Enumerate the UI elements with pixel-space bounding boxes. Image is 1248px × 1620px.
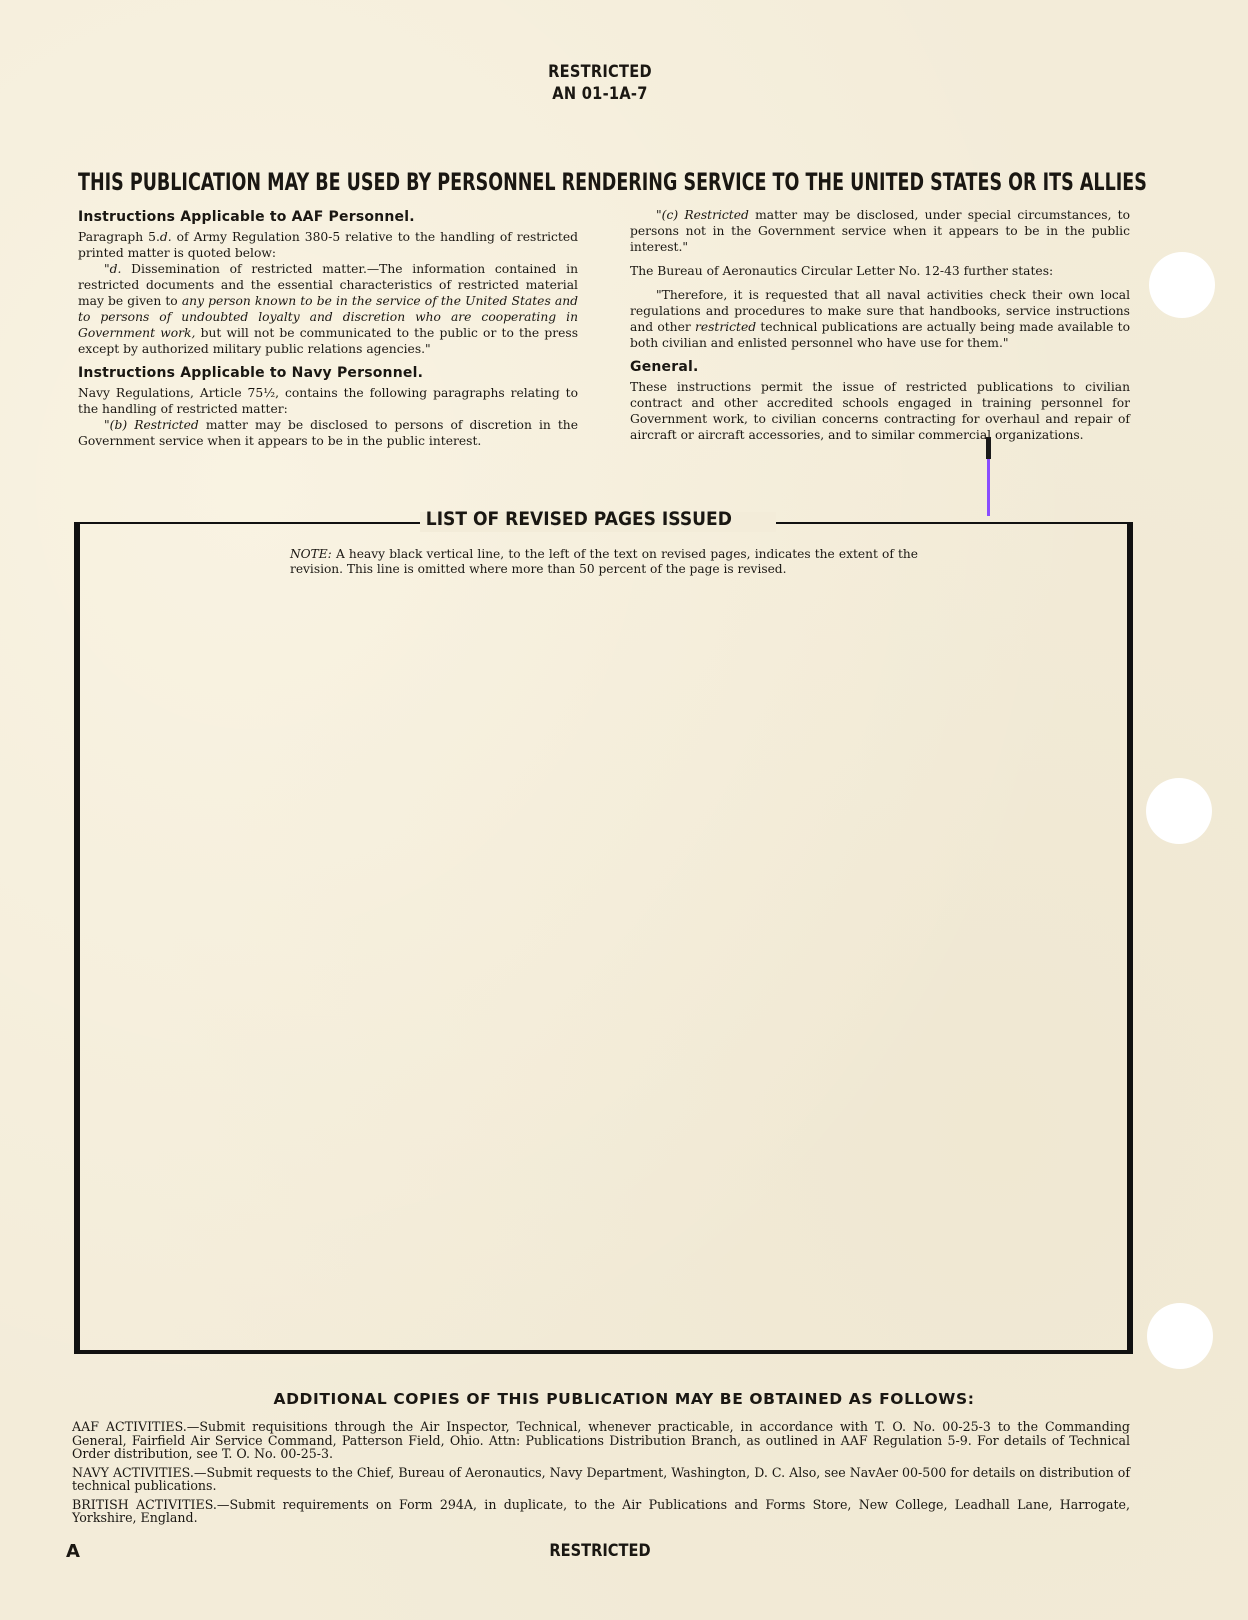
aaf-heading: Instructions Applicable to AAF Personnel… <box>78 207 578 227</box>
document-number: AN 01-1A-7 <box>84 84 1116 104</box>
aaf-activities: AAF ACTIVITIES.—Submit requisitions thro… <box>72 1420 1130 1461</box>
binder-hole-middle <box>1146 778 1212 844</box>
navy-quote-b: "(b) Restricted matter may be disclosed … <box>78 417 578 449</box>
bureau-quote: "Therefore, it is requested that all nav… <box>630 287 1130 351</box>
revised-pages-note: NOTE: A heavy black vertical line, to th… <box>290 547 918 577</box>
revised-pages-title: LIST OF REVISED PAGES ISSUED <box>424 508 734 530</box>
binder-hole-top <box>1149 252 1215 318</box>
additional-copies-list: AAF ACTIVITIES.—Submit requisitions thro… <box>72 1420 1130 1530</box>
bureau-circular-line: The Bureau of Aeronautics Circular Lette… <box>630 263 1130 279</box>
general-text: These instructions permit the issue of r… <box>630 379 1130 443</box>
aaf-intro: Paragraph 5.d. of Army Regulation 380-5 … <box>78 229 578 261</box>
left-column: Instructions Applicable to AAF Personnel… <box>78 205 578 449</box>
header-classification: RESTRICTED <box>84 62 1116 82</box>
general-heading: General. <box>630 357 1130 377</box>
navy-activities: NAVY ACTIVITIES.—Submit requests to the … <box>72 1466 1130 1493</box>
revision-bar-highlight <box>987 459 990 516</box>
navy-heading: Instructions Applicable to Navy Personne… <box>78 363 578 383</box>
page-letter: A <box>66 1541 80 1562</box>
additional-copies-title: ADDITIONAL COPIES OF THIS PUBLICATION MA… <box>0 1390 1248 1408</box>
revised-pages-box <box>74 522 1133 1354</box>
binder-hole-bottom <box>1147 1303 1213 1369</box>
navy-quote-c: "(c) Restricted matter may be disclosed,… <box>630 207 1130 255</box>
publication-usage-banner: THIS PUBLICATION MAY BE USED BY PERSONNE… <box>78 168 848 196</box>
footer-classification: RESTRICTED <box>84 1541 1116 1561</box>
aaf-quote: "d. Dissemination of restricted matter.—… <box>78 261 578 357</box>
navy-intro: Navy Regulations, Article 75½, contains … <box>78 385 578 417</box>
revision-bar <box>986 437 991 459</box>
right-column: "(c) Restricted matter may be disclosed,… <box>630 207 1130 443</box>
british-activities: BRITISH ACTIVITIES.—Submit requirements … <box>72 1498 1130 1525</box>
